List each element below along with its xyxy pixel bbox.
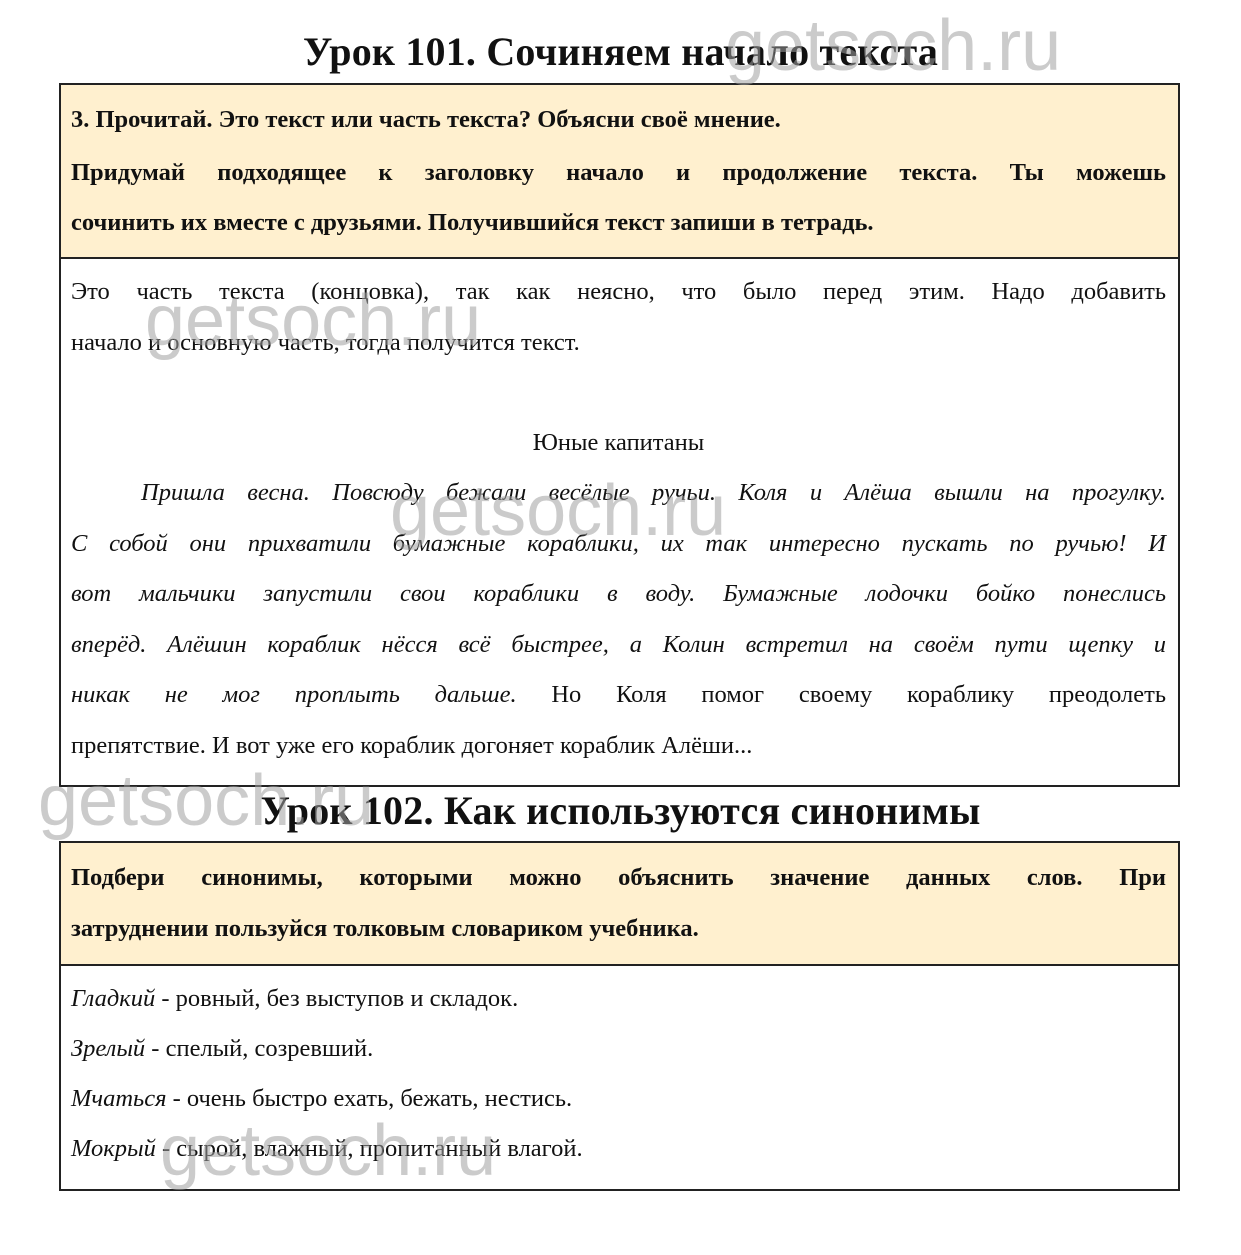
answer-intro-line: начало и основную часть, тогда получится… [71, 318, 1166, 369]
story-final-line: препятствие. И вот уже его кораблик дого… [71, 721, 1166, 772]
synonym-definition: - очень быстро ехать, бежать, нестись. [166, 1085, 572, 1112]
synonym-word: Гладкий [71, 985, 155, 1012]
synonym-definition: - спелый, созревший. [145, 1035, 373, 1062]
synonym-definition: - ровный, без выступов и складок. [155, 985, 518, 1012]
task-line: Придумай подходящее к заголовку начало и… [71, 147, 1166, 199]
task-line: затруднении пользуйся толковым словарико… [71, 905, 1166, 953]
story-line: вперёд. Алёшин кораблик нёсся всё быстре… [71, 620, 1166, 671]
synonym-definition: - сырой, влажный, пропитанный влагой. [156, 1135, 583, 1162]
lesson-102-title: Урок 102. Как используются синонимы [0, 787, 1241, 835]
task-line: Подбери синонимы, которыми можно объясни… [71, 851, 1166, 905]
lesson-101-title: Урок 101. Сочиняем начало текста [0, 28, 1241, 76]
lesson-101-answer-box: Это часть текста (концовка), так как нея… [59, 257, 1180, 787]
story-line: вот мальчики запустили свои кораблики в … [71, 569, 1166, 620]
story-italic-part: никак не мог проплыть дальше. [71, 681, 517, 708]
synonym-item: Гладкий - ровный, без выступов и складок… [71, 974, 1166, 1024]
lesson-102-task-box: Подбери синонимы, которыми можно объясни… [59, 841, 1180, 966]
synonym-word: Зрелый [71, 1035, 145, 1062]
spacer [71, 368, 1166, 418]
task-line: 3. Прочитай. Это текст или часть текста?… [71, 93, 1166, 147]
synonym-item: Мчаться - очень быстро ехать, бежать, не… [71, 1074, 1166, 1124]
synonym-item: Зрелый - спелый, созревший. [71, 1024, 1166, 1074]
synonym-word: Мокрый [71, 1135, 156, 1162]
story-line: С собой они прихватили бумажные кораблик… [71, 519, 1166, 570]
story-normal-part: Но Коля помог своему кораблику преодолет… [517, 681, 1166, 708]
lesson-102-answer-box: Гладкий - ровный, без выступов и складок… [59, 964, 1180, 1191]
lesson-101-task-box: 3. Прочитай. Это текст или часть текста?… [59, 83, 1180, 259]
task-line: сочинить их вместе с друзьями. Получивши… [71, 199, 1166, 247]
synonym-word: Мчаться [71, 1085, 166, 1112]
synonym-item: Мокрый - сырой, влажный, пропитанный вла… [71, 1124, 1166, 1174]
answer-intro-line: Это часть текста (концовка), так как нея… [71, 267, 1166, 318]
story-line-mixed: никак не мог проплыть дальше. Но Коля по… [71, 670, 1166, 721]
story-title: Юные капитаны [71, 418, 1166, 468]
story-line: Пришла весна. Повсюду бежали весёлые руч… [71, 468, 1166, 519]
